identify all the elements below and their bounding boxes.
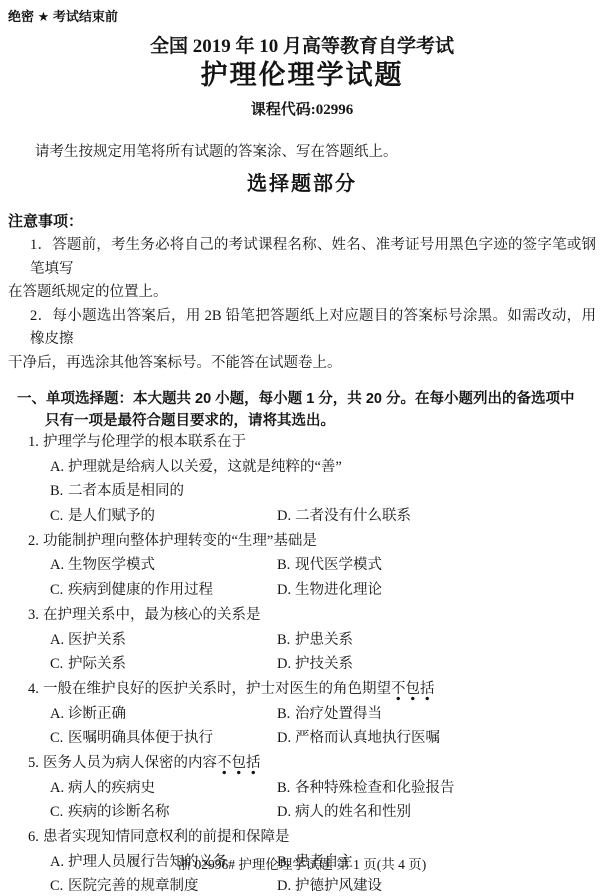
option-text: 诊断正确: [68, 706, 126, 722]
exam-paper-page: 绝密 ★ 考试结束前 全国 2019 年 10 月高等教育自学考试 护理伦理学试…: [0, 0, 604, 896]
option-label: B.: [277, 628, 295, 653]
option: D.护技关系: [277, 652, 353, 677]
option: D.生物进化理论: [277, 578, 382, 603]
option-text: 病人的姓名和性别: [295, 804, 411, 820]
note-line: 在答题纸规定的位置上。: [8, 281, 596, 305]
question-stem-emphasized: 不包括: [217, 755, 261, 775]
option-text: 医护关系: [68, 632, 126, 648]
option-text: 护德护风建设: [295, 878, 382, 894]
option-row: C.医嘱明确具体便于执行D.严格而认真地执行医嘱: [8, 726, 596, 751]
option-label: C.: [50, 578, 68, 603]
option-text: 现代医学模式: [295, 557, 382, 573]
question-number: 6.: [28, 825, 43, 850]
option-label: C.: [50, 874, 68, 896]
option-text: 疾病到健康的作用过程: [68, 582, 213, 598]
option-row: A.诊断正确B.治疗处置得当: [8, 702, 596, 727]
option-label: A.: [50, 628, 68, 653]
option-row: B.二者本质是相同的: [8, 479, 596, 504]
part-heading-line: 只有一项是最符合题目要求的，请将其选出。: [8, 411, 596, 433]
option-text: 是人们赋予的: [68, 508, 155, 524]
question-stem: 2.功能制护理向整体护理转变的“生理”基础是: [8, 529, 596, 554]
option-label: D.: [277, 800, 295, 825]
option: D.病人的姓名和性别: [277, 800, 411, 825]
option: C.疾病到健康的作用过程: [50, 578, 277, 603]
option: A.护理就是给病人以关爱，这就是纯粹的“善”: [50, 455, 342, 480]
question-stem-text: 医务人员为病人保密的内容: [43, 755, 217, 771]
option-label: B.: [277, 553, 295, 578]
option-label: B.: [277, 776, 295, 801]
question: 3.在护理关系中，最为核心的关系是A.医护关系B.护患关系C.护际关系D.护技关…: [8, 603, 596, 677]
option-label: B.: [277, 702, 295, 727]
option: B.治疗处置得当: [277, 702, 382, 727]
option-text: 护际关系: [68, 656, 126, 672]
question-number: 1.: [28, 430, 43, 455]
page-footer: 浙 02996# 护理伦理学试题 第 1 页(共 4 页): [0, 856, 604, 874]
option-text: 生物医学模式: [68, 557, 155, 573]
option-text: 护患关系: [295, 632, 353, 648]
question-stem: 4.一般在维护良好的医护关系时，护士对医生的角色期望不包括: [8, 677, 596, 702]
option: A.生物医学模式: [50, 553, 277, 578]
note-line: 1．答题前，考生务必将自己的考试课程名称、姓名、准考证号用黑色字迹的签字笔或钢笔…: [8, 234, 596, 281]
question-number: 5.: [28, 751, 43, 776]
option-label: A.: [50, 702, 68, 727]
option-label: A.: [50, 455, 68, 480]
option-label: C.: [50, 504, 68, 529]
option-row: A.医护关系B.护患关系: [8, 628, 596, 653]
option-label: C.: [50, 652, 68, 677]
part-heading-line: 一、单项选择题：本大题共 20 小题，每小题 1 分，共 20 分。在每小题列出…: [8, 389, 596, 411]
option-row: A.生物医学模式B.现代医学模式: [8, 553, 596, 578]
secrecy-label: 绝密 ★ 考试结束前: [8, 9, 596, 24]
option-text: 生物进化理论: [295, 582, 382, 598]
option-row: C.是人们赋予的D.二者没有什么联系: [8, 504, 596, 529]
option-text: 护理就是给病人以关爱，这就是纯粹的“善”: [68, 459, 342, 475]
question-stem: 1.护理学与伦理学的根本联系在于: [8, 430, 596, 455]
option-label: D.: [277, 578, 295, 603]
notes-list: 1．答题前，考生务必将自己的考试课程名称、姓名、准考证号用黑色字迹的签字笔或钢笔…: [8, 234, 596, 375]
question-stem-text: 护理学与伦理学的根本联系在于: [43, 434, 246, 450]
option-row: C.疾病到健康的作用过程D.生物进化理论: [8, 578, 596, 603]
option-label: D.: [277, 874, 295, 896]
option-row: C.疾病的诊断名称D.病人的姓名和性别: [8, 800, 596, 825]
question-stem-text: 在护理关系中，最为核心的关系是: [43, 607, 261, 623]
option: C.医院完善的规章制度: [50, 874, 277, 896]
questions-list: 1.护理学与伦理学的根本联系在于A.护理就是给病人以关爱，这就是纯粹的“善”B.…: [8, 430, 596, 896]
option: D.护德护风建设: [277, 874, 382, 896]
paper-title: 护理伦理学试题: [8, 58, 596, 92]
option: C.是人们赋予的: [50, 504, 277, 529]
option-label: D.: [277, 726, 295, 751]
note-line: 干净后，再选涂其他答案标号。不能答在试题卷上。: [8, 352, 596, 376]
option-label: B.: [50, 479, 68, 504]
option: B.护患关系: [277, 628, 353, 653]
option: D.严格而认真地执行医嘱: [277, 726, 440, 751]
option: B.各种特殊检查和化验报告: [277, 776, 455, 801]
option-text: 医嘱明确具体便于执行: [68, 730, 213, 746]
option-text: 二者没有什么联系: [295, 508, 411, 524]
option-text: 疾病的诊断名称: [68, 804, 170, 820]
option: A.医护关系: [50, 628, 277, 653]
course-code: 课程代码:02996: [8, 100, 596, 120]
question: 1.护理学与伦理学的根本联系在于A.护理就是给病人以关爱，这就是纯粹的“善”B.…: [8, 430, 596, 529]
question-stem: 3.在护理关系中，最为核心的关系是: [8, 603, 596, 628]
option-text: 医院完善的规章制度: [68, 878, 199, 894]
question: 4.一般在维护良好的医护关系时，护士对医生的角色期望不包括A.诊断正确B.治疗处…: [8, 677, 596, 751]
exam-session-title: 全国 2019 年 10 月高等教育自学考试: [8, 36, 596, 58]
option-row: C.护际关系D.护技关系: [8, 652, 596, 677]
question-stem-emphasized: 不包括: [391, 681, 435, 701]
question-stem-text: 一般在维护良好的医护关系时，护士对医生的角色期望: [43, 681, 391, 697]
question-number: 2.: [28, 529, 43, 554]
option-label: D.: [277, 504, 295, 529]
option: C.疾病的诊断名称: [50, 800, 277, 825]
option-text: 病人的疾病史: [68, 780, 155, 796]
question-stem-text: 功能制护理向整体护理转变的“生理”基础是: [43, 533, 317, 549]
question-number: 3.: [28, 603, 43, 628]
option: A.病人的疾病史: [50, 776, 277, 801]
option-row: A.护理就是给病人以关爱，这就是纯粹的“善”: [8, 455, 596, 480]
option: D.二者没有什么联系: [277, 504, 411, 529]
notes-heading: 注意事项：: [8, 212, 596, 232]
option: A.诊断正确: [50, 702, 277, 727]
question-stem-text: 患者实现知情同意权利的前提和保障是: [43, 829, 290, 845]
part-one-heading: 一、单项选择题：本大题共 20 小题，每小题 1 分，共 20 分。在每小题列出…: [8, 389, 596, 432]
section-title: 选择题部分: [8, 171, 596, 198]
question: 5.医务人员为病人保密的内容不包括A.病人的疾病史B.各种特殊检查和化验报告C.…: [8, 751, 596, 825]
option-text: 护技关系: [295, 656, 353, 672]
option-label: A.: [50, 776, 68, 801]
option-text: 各种特殊检查和化验报告: [295, 780, 455, 796]
option: B.二者本质是相同的: [50, 479, 184, 504]
question: 2.功能制护理向整体护理转变的“生理”基础是A.生物医学模式B.现代医学模式C.…: [8, 529, 596, 603]
option: C.护际关系: [50, 652, 277, 677]
question-stem: 6.患者实现知情同意权利的前提和保障是: [8, 825, 596, 850]
option-label: D.: [277, 652, 295, 677]
option-text: 二者本质是相同的: [68, 483, 184, 499]
option-label: C.: [50, 726, 68, 751]
option-row: A.病人的疾病史B.各种特殊检查和化验报告: [8, 776, 596, 801]
option-text: 治疗处置得当: [295, 706, 382, 722]
option-label: A.: [50, 553, 68, 578]
option-label: C.: [50, 800, 68, 825]
option-text: 严格而认真地执行医嘱: [295, 730, 440, 746]
option-row: C.医院完善的规章制度D.护德护风建设: [8, 874, 596, 896]
option: C.医嘱明确具体便于执行: [50, 726, 277, 751]
answer-sheet-instruction: 请考生按规定用笔将所有试题的答案涂、写在答题纸上。: [8, 142, 596, 163]
question-number: 4.: [28, 677, 43, 702]
question-stem: 5.医务人员为病人保密的内容不包括: [8, 751, 596, 776]
note-line: 2．每小题选出答案后，用 2B 铅笔把答题纸上对应题目的答案标号涂黑。如需改动，…: [8, 305, 596, 352]
option: B.现代医学模式: [277, 553, 382, 578]
